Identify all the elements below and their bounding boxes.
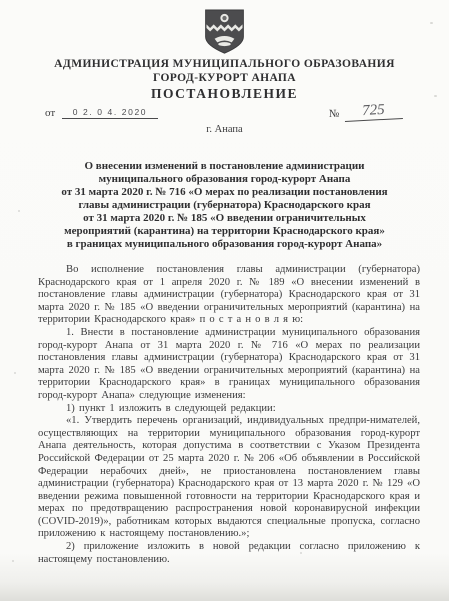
decree-title-line: муниципального образования город-курорт … (40, 173, 409, 186)
document-type-heading: ПОСТАНОВЛЕНИЕ (0, 86, 449, 102)
scan-speck (18, 210, 20, 212)
number-handwritten: 725 (344, 101, 403, 122)
scan-speck (14, 372, 16, 374)
date-group: от 0 2. 0 4. 2020 (45, 107, 158, 119)
date-stamp: 0 2. 0 4. 2020 (62, 107, 158, 119)
date-number-row: от 0 2. 0 4. 2020 № 725 (45, 104, 411, 126)
decree-body: Во исполнение постановления главы админи… (38, 264, 420, 566)
decree-title-line: О внесении изменений в постановление адм… (40, 160, 409, 173)
body-paragraph-subitem2: 2) приложение изложить в новой редакции … (38, 541, 420, 566)
decree-title-line: от 31 марта 2020 г. № 185 «О введении ог… (40, 212, 409, 225)
body-paragraph-preamble: Во исполнение постановления главы админи… (38, 264, 420, 327)
number-group: № 725 (329, 104, 403, 122)
decree-title-line: мероприятий (карантина) на территории Кр… (40, 225, 409, 238)
body-paragraph-subitem1: 1) пункт 1 изложить в следующей редакции… (38, 403, 420, 416)
date-label: от (45, 107, 55, 119)
scan-speck (12, 560, 14, 562)
body-paragraph-item1: 1. Внести в постановление администрации … (38, 327, 420, 403)
organization-name-line2: ГОРОД-КУРОРТ АНАПА (0, 72, 449, 84)
organization-name-line1: АДМИНИСТРАЦИЯ МУНИЦИПАЛЬНОГО ОБРАЗОВАНИЯ (0, 58, 449, 70)
decree-title-line: главы администрации (губернатора) Красно… (40, 199, 409, 212)
anapa-coat-of-arms-icon (0, 9, 449, 55)
decree-title-line: от 31 марта 2020 г. № 716 «О мерах по ре… (40, 186, 409, 199)
decree-title-line: в границах муниципального образования го… (40, 238, 409, 251)
place-name: г. Анапа (0, 124, 449, 135)
number-label: № (329, 108, 340, 122)
decree-title: О внесении изменений в постановление адм… (40, 160, 409, 251)
body-paragraph-new-wording: «1. Утвердить перечень организаций, инди… (38, 415, 420, 541)
scanned-page: АДМИНИСТРАЦИЯ МУНИЦИПАЛЬНОГО ОБРАЗОВАНИЯ… (0, 0, 449, 601)
